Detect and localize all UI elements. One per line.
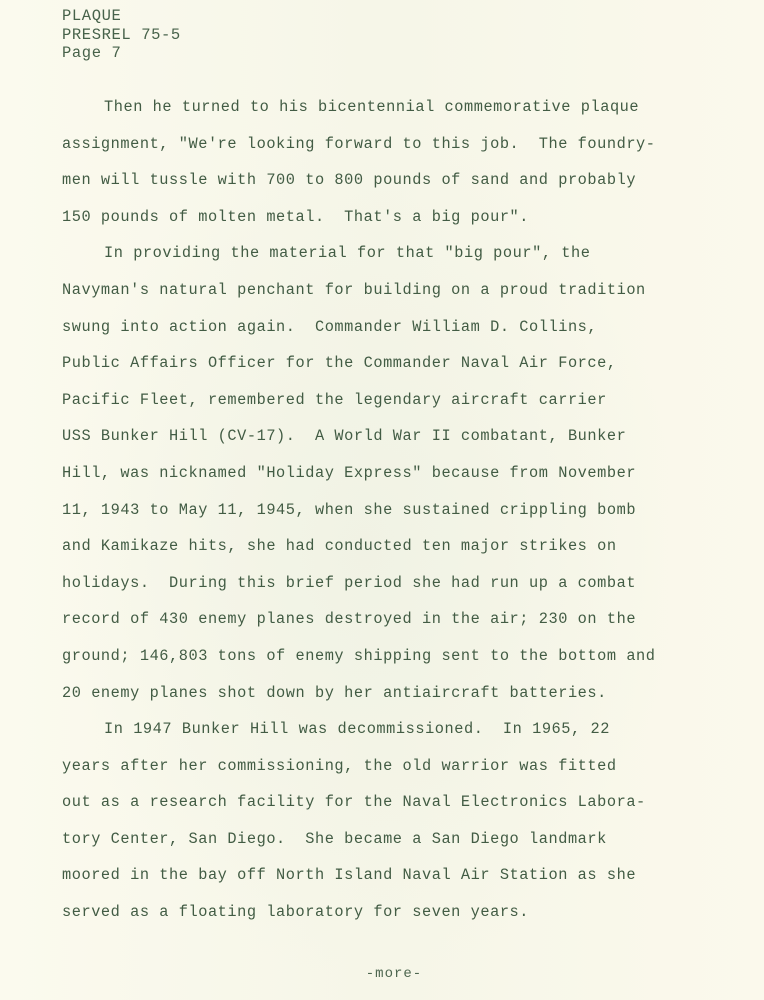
- paragraph-first-line: Then he turned to his bicentennial comme…: [62, 96, 742, 133]
- text-line: swung into action again. Commander Willi…: [62, 316, 742, 353]
- document-body: Then he turned to his bicentennial comme…: [62, 96, 742, 938]
- header-slug: PLAQUE: [62, 7, 181, 26]
- text-line: assignment, "We're looking forward to th…: [62, 133, 742, 170]
- text-line: years after her commissioning, the old w…: [62, 755, 742, 792]
- text-line: and Kamikaze hits, she had conducted ten…: [62, 535, 742, 572]
- text-line: Hill, was nicknamed "Holiday Express" be…: [62, 462, 742, 499]
- text-line: tory Center, San Diego. She became a San…: [62, 828, 742, 865]
- document-header: PLAQUE PRESREL 75-5 Page 7: [62, 7, 181, 63]
- text-line: Pacific Fleet, remembered the legendary …: [62, 389, 742, 426]
- paragraph-first-line: In providing the material for that "big …: [62, 242, 742, 279]
- text-line: 11, 1943 to May 11, 1945, when she susta…: [62, 499, 742, 536]
- text-line: men will tussle with 700 to 800 pounds o…: [62, 169, 742, 206]
- paragraph-first-line: In 1947 Bunker Hill was decommissioned. …: [62, 718, 742, 755]
- text-line: moored in the bay off North Island Naval…: [62, 864, 742, 901]
- header-release-number: PRESREL 75-5: [62, 26, 181, 45]
- text-line: out as a research facility for the Naval…: [62, 791, 742, 828]
- text-line: record of 430 enemy planes destroyed in …: [62, 608, 742, 645]
- text-line: 20 enemy planes shot down by her antiair…: [62, 682, 742, 719]
- header-page-number: Page 7: [62, 44, 181, 63]
- continuation-text: -more-: [366, 966, 422, 982]
- text-line: served as a floating laboratory for seve…: [62, 901, 742, 938]
- continuation-marker: -more-: [0, 966, 764, 982]
- text-line: Navyman's natural penchant for building …: [62, 279, 742, 316]
- text-line: USS Bunker Hill (CV-17). A World War II …: [62, 425, 742, 462]
- document-page: PLAQUE PRESREL 75-5 Page 7 Then he turne…: [0, 0, 764, 1000]
- text-line: Public Affairs Officer for the Commander…: [62, 352, 742, 389]
- text-line: ground; 146,803 tons of enemy shipping s…: [62, 645, 742, 682]
- text-line: 150 pounds of molten metal. That's a big…: [62, 206, 742, 243]
- text-line: holidays. During this brief period she h…: [62, 572, 742, 609]
